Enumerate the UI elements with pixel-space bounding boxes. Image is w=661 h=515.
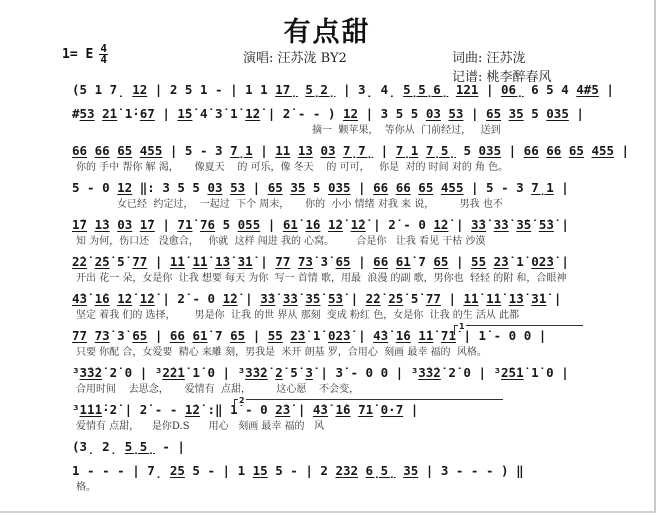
first-ending-bracket: 1 bbox=[454, 325, 583, 335]
key-signature: 1= E 4 4 bbox=[62, 44, 108, 65]
score-system: (3̣ 2̣ 5̣5̣ - | bbox=[72, 437, 648, 457]
lyrics-line: 合用时间 去思念， 爱情有 点甜， 这心愿 不会变， bbox=[72, 383, 648, 396]
score-system: 1 - - - | 7̣ 25 5 - | 1 15 5 - | 2 232 6… bbox=[72, 461, 648, 494]
notation-line: 2̇2̇ 2̇5̇ 5̇ 77 | 1̇1̇ 1̇1̇ 1̇3̇ 3̇1̇ | … bbox=[72, 252, 648, 272]
notation-line: ³3̇3̇2̇ 2̇ 0 | ³2̇2̇1̇ 1̇ 0 | ³3̇3̇2̇ 2̇… bbox=[72, 363, 648, 383]
score-system: 1 77 73̇ 3̇ 65 | 66 61̇ 7 65 | 55 2̇3̇ 1… bbox=[72, 326, 648, 359]
lyrics-line: 开出 花一 朵，女是你 让我 想要 每天 为你 写一 首情 歌，用最 浪漫 的副… bbox=[72, 272, 648, 285]
lyrics-line: 知 为何，伤口还 没愈合， 你就 这样 闯进 我的 心窝。 合是你 让我 看见 … bbox=[72, 235, 648, 248]
score-system: 2 ³1̇1̇1̇·2̇ | 2̇ - - 1̇2̇ :‖ 1̇ - 0 2̇3… bbox=[72, 400, 648, 433]
score-system: (5 1 7̣ 12 | 2 5 1 - | 1 1 17̣ 5̣2̣ | 3̣… bbox=[72, 80, 648, 100]
notation-line: 5 - 0 12 ‖: 3 5 5 03 53 | 65 35 5 035 | … bbox=[72, 178, 648, 198]
score-area: (5 1 7̣ 12 | 2 5 1 - | 1 1 17̣ 5̣2̣ | 3̣… bbox=[72, 80, 648, 498]
lyrics-line: 女已经 约定过， 一起过 下个 周末， 你的 小小 情绪 对我 来 说， 男我 … bbox=[72, 198, 648, 211]
lyrics-line: 格。 bbox=[72, 481, 648, 494]
performer-credit: 演唱: 汪苏泷 BY2 bbox=[243, 47, 347, 66]
lyrics-line: 你的 手中 帮你 解 渴， 像夏天 的 可乐，像 冬天 的 可可， 你是 对的 … bbox=[72, 161, 648, 174]
score-system: 5 - 0 12 ‖: 3 5 5 03 53 | 65 35 5 035 | … bbox=[72, 178, 648, 211]
notation-line: 1̇7 1̇3 03 1̇7 | 71̇ 76 5 055 | 61̇ 1̇6 … bbox=[72, 215, 648, 235]
lyrics-line: 只要 你配 合，女爱要 精心 来雕 刻，男我是 米开 朗基 罗，合用心 刻画 最… bbox=[72, 346, 648, 359]
sheet-music-page: 有点甜 演唱: 汪苏泷 BY2 词曲: 汪苏泷 记谱: 桃李醉春风 1= E 4… bbox=[0, 0, 656, 513]
lyrics-line: 坚定 着我 们的 选择， 男是你 让我 的世 界从 那刻 变成 粉红 色，女是你… bbox=[72, 309, 648, 322]
score-system: 4̇3̇ 1̇6 1̇2̇ 1̇2̇ | 2̇ - 0 1̇2̇ | 3̇3̇ … bbox=[72, 289, 648, 322]
score-system: 1̇7 1̇3 03 1̇7 | 71̇ 76 5 055 | 61̇ 1̇6 … bbox=[72, 215, 648, 248]
second-ending-bracket: 2 bbox=[234, 399, 503, 409]
first-ending-number: 1 bbox=[458, 322, 466, 331]
key-label: 1= E bbox=[62, 47, 93, 62]
composer-credit: 词曲: 汪苏泷 bbox=[452, 47, 526, 66]
score-system: ³3̇3̇2̇ 2̇ 0 | ³2̇2̇1̇ 1̇ 0 | ³3̇3̇2̇ 2̇… bbox=[72, 363, 648, 396]
notation-line: #53 2̇1̇ 1̇·67 | 1̇5̇ 4̇ 3̇ 1̇ 1̇2̇ | 2̇… bbox=[72, 104, 648, 124]
lyrics-line: 摘一 颗苹果， 等你从 门前经过， 送到 bbox=[72, 124, 648, 137]
notation-line: (5 1 7̣ 12 | 2 5 1 - | 1 1 17̣ 5̣2̣ | 3̣… bbox=[72, 80, 648, 100]
meter-denominator: 4 bbox=[100, 55, 107, 65]
score-system: 2̇2̇ 2̇5̇ 5̇ 77 | 1̇1̇ 1̇1̇ 1̇3̇ 3̇1̇ | … bbox=[72, 252, 648, 285]
notation-line: 66 66 65 455 | 5 - 3 7̣1 | 11 13 03 7̣7̣… bbox=[72, 141, 648, 161]
second-ending-number: 2 bbox=[238, 396, 246, 405]
lyrics-line: 爱情有 点甜， 是你D.S 用心 刻画 最幸 福的 风 bbox=[72, 420, 648, 433]
score-system: #53 2̇1̇ 1̇·67 | 1̇5̇ 4̇ 3̇ 1̇ 1̇2̇ | 2̇… bbox=[72, 104, 648, 137]
notation-line: 4̇3̇ 1̇6 1̇2̇ 1̇2̇ | 2̇ - 0 1̇2̇ | 3̇3̇ … bbox=[72, 289, 648, 309]
score-system: 66 66 65 455 | 5 - 3 7̣1 | 11 13 03 7̣7̣… bbox=[72, 141, 648, 174]
notation-line: 1 - - - | 7̣ 25 5 - | 1 15 5 - | 2 232 6… bbox=[72, 461, 648, 481]
time-signature: 4 4 bbox=[99, 44, 108, 65]
notation-line: (3̣ 2̣ 5̣5̣ - | bbox=[72, 437, 648, 457]
